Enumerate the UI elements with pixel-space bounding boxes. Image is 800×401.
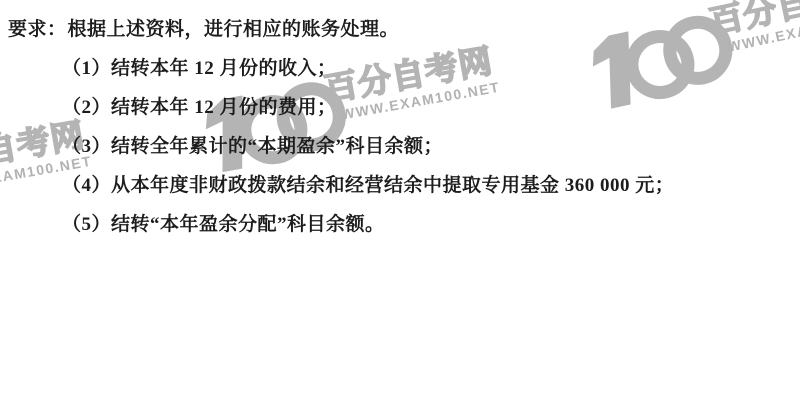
task-number: （5） [62, 214, 111, 235]
requirement-label: 要求： [8, 19, 67, 40]
task-text: 结转“本年盈余分配”科目余额。 [111, 214, 385, 235]
task-text: 从本年度非财政拨款结余和经营结余中提取专用基金 360 000 元； [111, 175, 674, 196]
task-text: 结转本年 12 月份的收入； [111, 58, 337, 79]
exam-question-block: 要求：根据上述资料，进行相应的账务处理。 （1）结转本年 12 月份的收入； （… [8, 10, 800, 244]
task-text: 结转本年 12 月份的费用； [111, 97, 337, 118]
task-number: （1） [62, 58, 111, 79]
task-item-2: （2）结转本年 12 月份的费用； [8, 88, 800, 127]
task-number: （4） [62, 175, 111, 196]
task-item-3: （3）结转全年累计的“本期盈余”科目余额； [8, 127, 800, 166]
task-item-5: （5）结转“本年盈余分配”科目余额。 [8, 205, 800, 244]
task-text: 结转全年累计的“本期盈余”科目余额； [111, 136, 443, 157]
requirement-line: 要求：根据上述资料，进行相应的账务处理。 [8, 10, 800, 49]
task-number: （2） [62, 97, 111, 118]
task-item-4: （4）从本年度非财政拨款结余和经营结余中提取专用基金 360 000 元； [8, 166, 800, 205]
task-item-1: （1）结转本年 12 月份的收入； [8, 49, 800, 88]
task-number: （3） [62, 136, 111, 157]
requirement-text: 根据上述资料，进行相应的账务处理。 [68, 19, 400, 40]
document-page: 百分自考网 WWW.EXAM100.NET 百分自考网 WWW.EXAM100.… [0, 0, 800, 401]
